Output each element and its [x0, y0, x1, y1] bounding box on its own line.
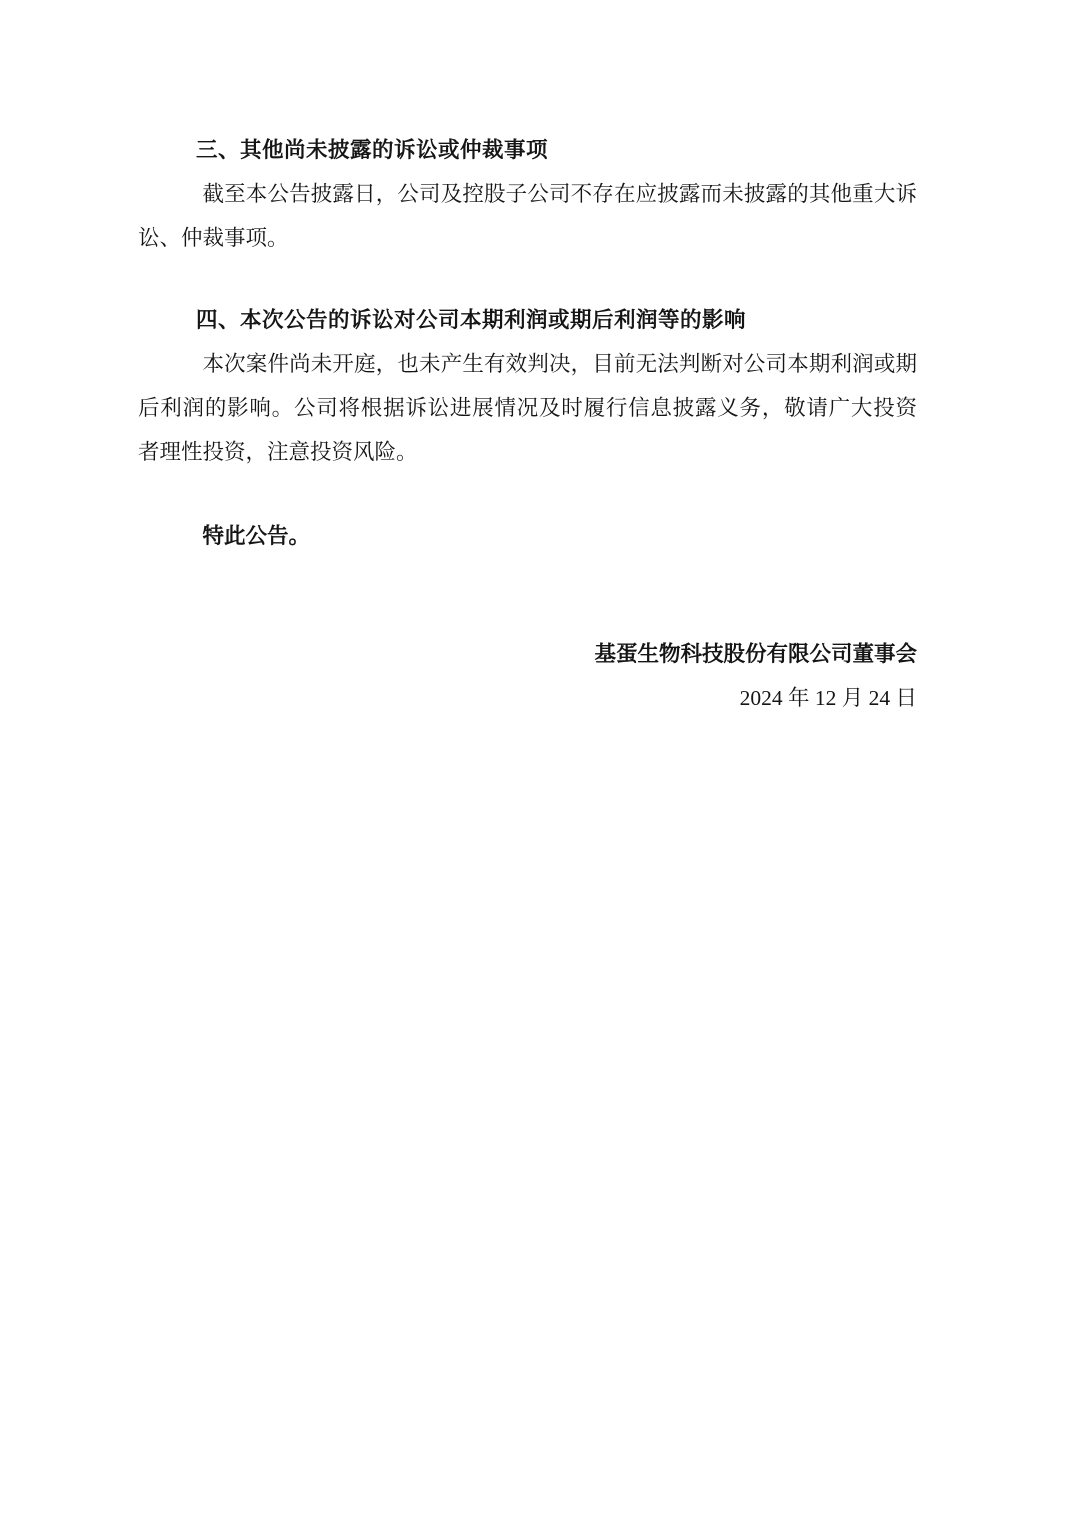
- closing-statement: 特此公告。: [138, 514, 917, 558]
- section-3-paragraph: 截至本公告披露日，公司及控股子公司不存在应披露而未披露的其他重大诉 讼、仲裁事项…: [138, 172, 917, 260]
- paragraph-line: 本次案件尚未开庭，也未产生有效判决，目前无法判断对公司本期利润或期: [138, 342, 917, 386]
- signature-date: 2024 年 12 月 24 日: [138, 676, 917, 720]
- signature-company: 基蛋生物科技股份有限公司董事会: [138, 632, 917, 676]
- section-4-paragraph: 本次案件尚未开庭，也未产生有效判决，目前无法判断对公司本期利润或期 后利润的影响…: [138, 342, 917, 474]
- announcement-page: 三、其他尚未披露的诉讼或仲裁事项 截至本公告披露日，公司及控股子公司不存在应披露…: [0, 0, 1080, 1527]
- paragraph-line: 者理性投资，注意投资风险。: [138, 430, 917, 474]
- paragraph-line: 讼、仲裁事项。: [138, 216, 917, 260]
- section-heading-3: 三、其他尚未披露的诉讼或仲裁事项: [138, 128, 917, 172]
- section-heading-4: 四、本次公告的诉讼对公司本期利润或期后利润等的影响: [138, 298, 917, 342]
- paragraph-line: 截至本公告披露日，公司及控股子公司不存在应披露而未披露的其他重大诉: [138, 172, 917, 216]
- paragraph-line: 后利润的影响。公司将根据诉讼进展情况及时履行信息披露义务，敬请广大投资: [138, 386, 917, 430]
